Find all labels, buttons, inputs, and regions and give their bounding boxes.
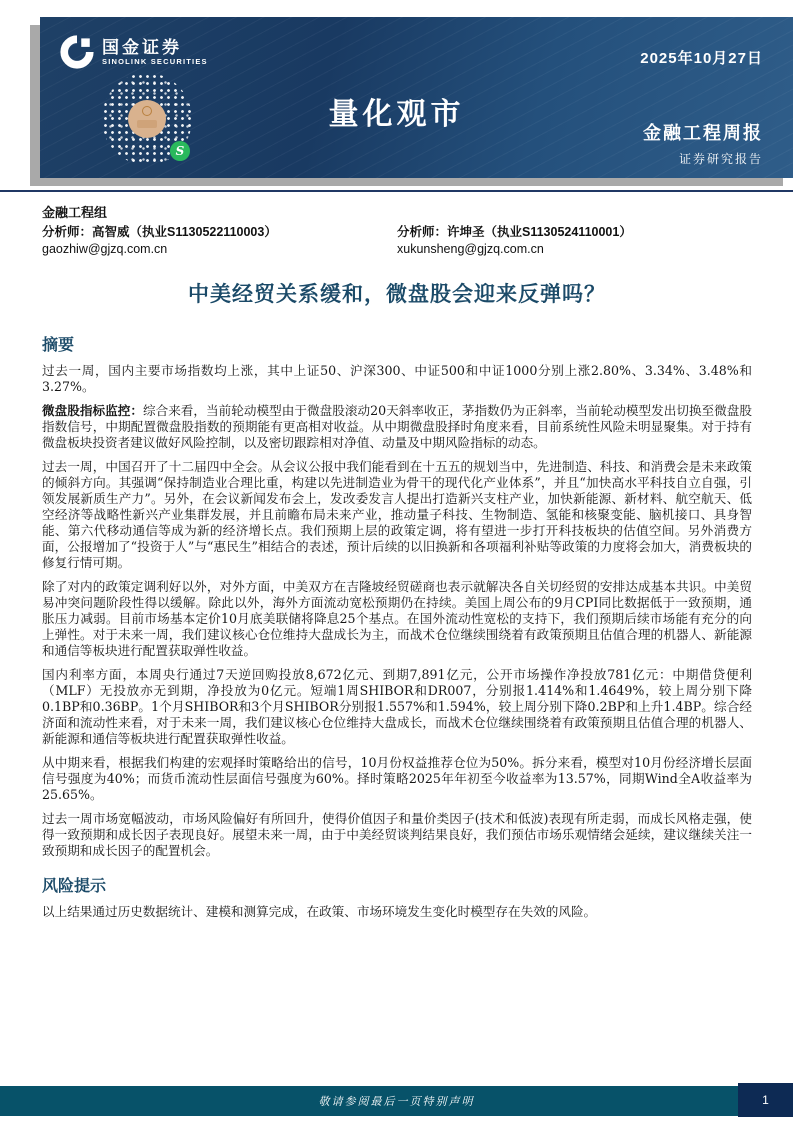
summary-paragraph-5: 国内利率方面，本周央行通过7天逆回购投放8,672亿元、到期7,891亿元，公开… — [42, 667, 752, 747]
analyst-row: 分析师：高智威（执业S1130522110003） gaozhiw@gjzq.c… — [42, 224, 752, 258]
report-date: 2025年10月27日 — [640, 47, 763, 68]
main-content: 金融工程组 分析师：高智威（执业S1130522110003） gaozhiw@… — [42, 202, 752, 920]
report-type-block: 金融工程周报 证券研究报告 — [643, 119, 763, 167]
brand-name-cn: 国金证券 — [102, 38, 208, 57]
footer-bar: 敬请参阅最后一页特别声明 — [0, 1086, 793, 1116]
sinolink-logo-icon — [60, 35, 94, 69]
summary-paragraph-7: 过去一周市场宽幅波动，市场风险偏好有所回升，使得价值因子和量价类因子(技术和低波… — [42, 811, 752, 859]
paragraph-text: 国内利率方面，本周央行通过7天逆回购投放8,672亿元、到期7,891亿元，公开… — [42, 667, 752, 746]
analyst-2-email: xukunsheng@gjzq.com.cn — [397, 241, 752, 258]
risk-text: 以上结果通过历史数据统计、建模和测算完成，在政策、市场环境发生变化时模型存在失效… — [42, 904, 752, 920]
paragraph-text: 过去一周市场宽幅波动，市场风险偏好有所回升，使得价值因子和量价类因子(技术和低波… — [42, 811, 752, 858]
risk-heading: 风险提示 — [42, 873, 752, 896]
page-number: 1 — [762, 1093, 769, 1107]
page-number-box: 1 — [738, 1083, 793, 1117]
wechat-channels-icon: S — [170, 141, 190, 161]
paragraph-text: 综合来看，当前轮动模型由于微盘股滚动20天斜率收正，茅指数仍为正斜率，当前轮动模… — [42, 403, 752, 450]
paragraph-text: 从中期来看，根据我们构建的宏观择时策略给出的信号，10月份权益推荐仓位为50%。… — [42, 755, 752, 802]
summary-heading: 摘要 — [42, 332, 752, 355]
analyst-1: 分析师：高智威（执业S1130522110003） gaozhiw@gjzq.c… — [42, 224, 397, 258]
analyst-2-line: 分析师：许坤圣（执业S1130524110001） — [397, 224, 752, 241]
summary-paragraph-6: 从中期来看，根据我们构建的宏观择时策略给出的信号，10月份权益推荐仓位为50%。… — [42, 755, 752, 803]
brand-name-en: SINOLINK SECURITIES — [102, 57, 208, 67]
paragraph-text: 过去一周，国内主要市场指数均上涨，其中上证50、沪深300、中证500和中证10… — [42, 363, 752, 394]
header-divider — [0, 190, 793, 192]
article-title: 中美经贸关系缓和，微盘股会迎来反弹吗？ — [42, 278, 752, 308]
summary-paragraph-2: 微盘股指标监控：综合来看，当前轮动模型由于微盘股滚动20天斜率收正，茅指数仍为正… — [42, 403, 752, 451]
brand-logo: 国金证券 SINOLINK SECURITIES — [60, 35, 208, 69]
paragraph-text: 过去一周，中国召开了十二届四中全会。从会议公报中我们能看到在十五五的规划当中，先… — [42, 459, 752, 570]
brand-text: 国金证券 SINOLINK SECURITIES — [102, 38, 208, 67]
analyst-1-line: 分析师：高智威（执业S1130522110003） — [42, 224, 397, 241]
summary-paragraph-1: 过去一周，国内主要市场指数均上涨，其中上证50、沪深300、中证500和中证10… — [42, 363, 752, 395]
footer-disclaimer: 敬请参阅最后一页特别声明 — [319, 1093, 475, 1109]
team-name: 金融工程组 — [42, 202, 752, 221]
header-banner: 国金证券 SINOLINK SECURITIES S 2025年10月27日 量… — [40, 17, 793, 178]
report-page: 国金证券 SINOLINK SECURITIES S 2025年10月27日 量… — [0, 0, 793, 1122]
report-type: 金融工程周报 — [643, 119, 763, 145]
report-category: 证券研究报告 — [643, 150, 763, 167]
summary-paragraph-3: 过去一周，中国召开了十二届四中全会。从会议公报中我们能看到在十五五的规划当中，先… — [42, 459, 752, 571]
analyst-1-email: gaozhiw@gjzq.com.cn — [42, 241, 397, 258]
analyst-2: 分析师：许坤圣（执业S1130524110001） xukunsheng@gjz… — [397, 224, 752, 258]
paragraph-lead: 微盘股指标监控： — [42, 403, 143, 418]
paragraph-text: 除了对内的政策定调利好以外，对外方面，中美双方在吉隆坡经贸磋商也表示就解决各自关… — [42, 579, 752, 658]
summary-paragraph-4: 除了对内的政策定调利好以外，对外方面，中美双方在吉隆坡经贸磋商也表示就解决各自关… — [42, 579, 752, 659]
